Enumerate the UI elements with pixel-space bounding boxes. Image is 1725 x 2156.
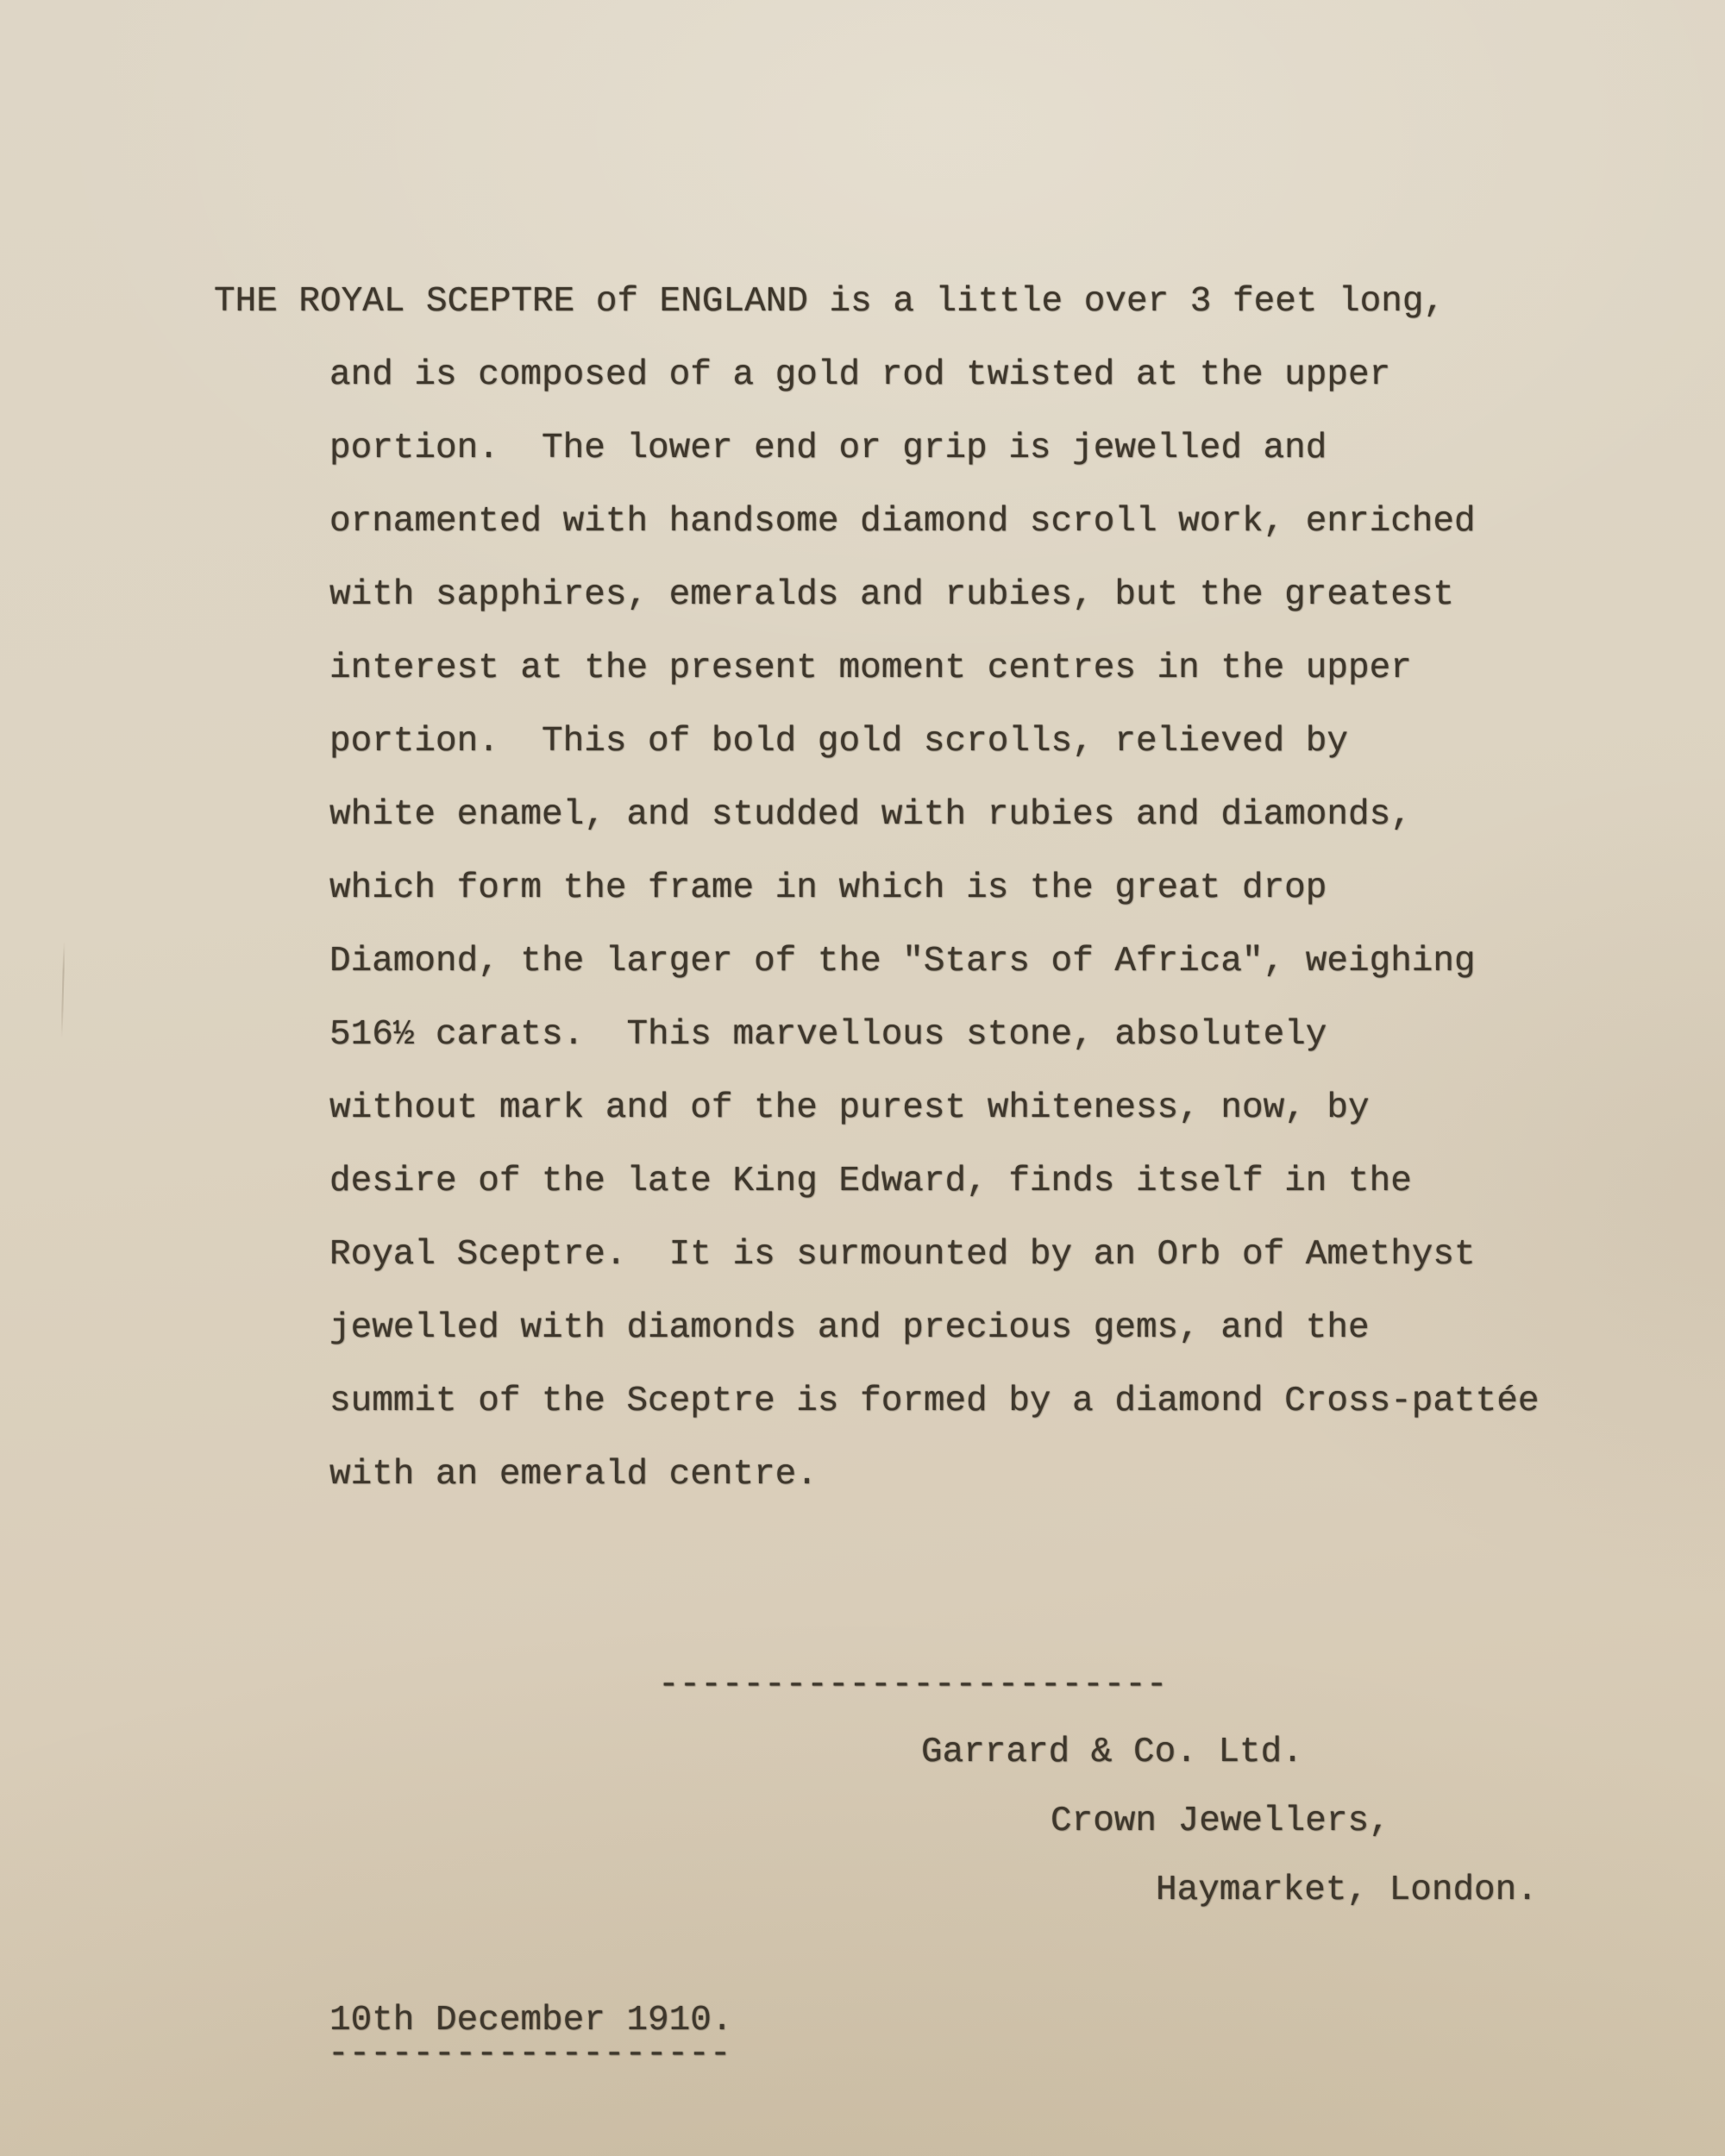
body-line: without mark and of the purest whiteness…: [329, 1072, 1539, 1145]
body-line: jewelled with diamonds and precious gems…: [329, 1292, 1539, 1365]
body-line: with sapphires, emeralds and rubies, but…: [329, 559, 1539, 632]
paper-scratch: [61, 942, 66, 1038]
signature-location: Haymarket, London.: [1156, 1854, 1538, 1927]
body-line: which form the frame in which is the gre…: [329, 852, 1539, 925]
body-line: and is composed of a gold rod twisted at…: [329, 339, 1539, 412]
document-body: THE ROYAL SCEPTRE of ENGLAND is a little…: [329, 266, 1539, 1512]
body-line: desire of the late King Edward, finds it…: [329, 1145, 1539, 1219]
body-line: 516½ carats. This marvellous stone, abso…: [329, 999, 1539, 1072]
body-line: summit of the Sceptre is formed by a dia…: [329, 1365, 1539, 1438]
body-line: portion. The lower end or grip is jewell…: [329, 412, 1539, 486]
typewritten-document-page: THE ROYAL SCEPTRE of ENGLAND is a little…: [0, 0, 1725, 2156]
body-line: ornamented with handsome diamond scroll …: [329, 486, 1539, 559]
signature-company: Garrard & Co. Ltd.: [921, 1716, 1303, 1789]
body-line: interest at the present moment centres i…: [329, 632, 1539, 705]
body-line: THE ROYAL SCEPTRE of ENGLAND is a little…: [214, 266, 1539, 339]
body-line: Diamond, the larger of the "Stars of Afr…: [329, 925, 1539, 999]
body-line: Royal Sceptre. It is surmounted by an Or…: [329, 1219, 1539, 1292]
typed-divider-line: ------------------------: [658, 1649, 1168, 1722]
body-line: white enamel, and studded with rubies an…: [329, 779, 1539, 852]
body-line: with an emerald centre.: [329, 1438, 1539, 1512]
date-underline: -------------------: [328, 2018, 731, 2091]
signature-role: Crown Jewellers,: [1051, 1785, 1390, 1858]
body-line: portion. This of bold gold scrolls, reli…: [329, 705, 1539, 779]
